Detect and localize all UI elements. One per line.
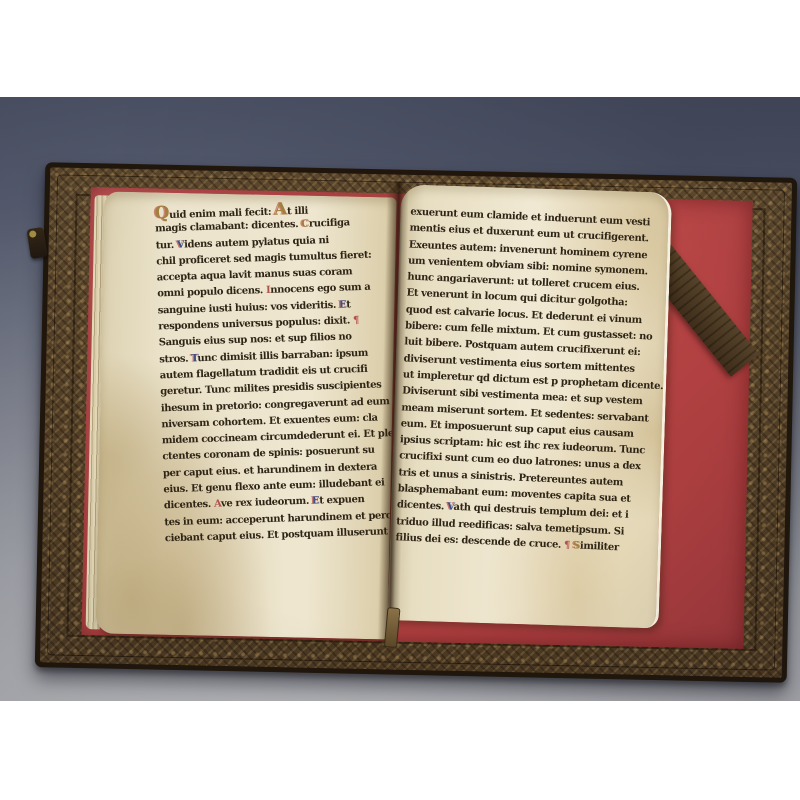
manuscript-book: Quid enim mali fecit: At illimagis clama… [35,162,797,683]
left-page: Quid enim mali fecit: At illimagis clama… [96,191,397,639]
right-page: exuerunt eum clamide et induerunt eum ve… [388,184,673,628]
right-page-text: exuerunt eum clamide et induerunt eum ve… [395,205,662,558]
photo-background-surface: Quid enim mali fecit: At illimagis clama… [0,97,800,701]
left-page-text: Quid enim mali fecit: At illimagis clama… [154,198,396,548]
